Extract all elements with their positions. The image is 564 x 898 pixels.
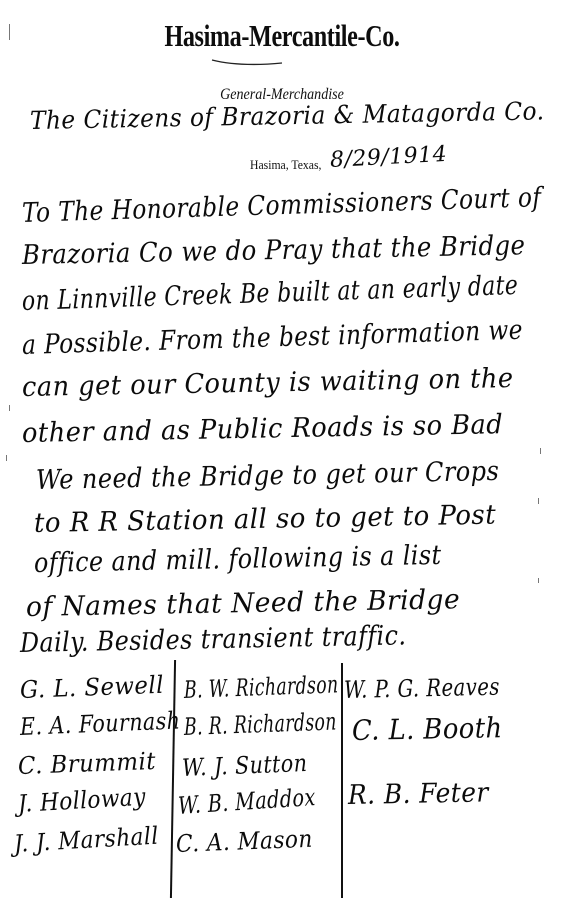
petition-body-line: Daily. Besides transient traffic. <box>20 620 407 659</box>
petition-body-line: a Possible. From the best information we <box>22 315 524 361</box>
signature-column-divider <box>341 663 343 898</box>
petition-body-line: office and mill. following is a list <box>34 540 442 579</box>
signature: G. L. Sewell <box>20 671 165 704</box>
signature: W. J. Sutton <box>182 749 308 782</box>
signature: R. B. Feter <box>348 777 489 811</box>
scan-edge-mark <box>6 455 7 461</box>
signature: W. B. Maddox <box>177 783 316 820</box>
petition-body-line: Brazoria Co we do Pray that the Bridge <box>22 230 526 271</box>
signature: B. W. Richardson <box>184 670 339 704</box>
letterhead-company-name: Hasima-Mercantile-Co. <box>62 18 502 54</box>
scan-edge-mark <box>538 498 539 504</box>
signature-column-divider <box>170 660 176 898</box>
scan-edge-mark <box>538 578 539 583</box>
scan-edge-mark <box>540 448 541 454</box>
petition-body-line: to R R Station all so to get to Post <box>34 500 497 539</box>
petition-body-line: We need the Bridge to get our Crops <box>36 456 500 496</box>
petition-body-line: of Names that Need the Bridge <box>26 584 461 623</box>
petition-date: 8/29/1914 <box>329 142 447 173</box>
signature: W. P. G. Reaves <box>344 673 500 704</box>
scan-edge-mark <box>9 24 10 40</box>
scan-edge-mark <box>9 405 10 411</box>
scanned-petition-page: Hasima-Mercantile-Co. General-Merchandis… <box>0 0 564 898</box>
petition-body-line: other and as Public Roads is so Bad <box>22 409 504 449</box>
signature: J. J. Marshall <box>13 822 159 858</box>
signature: E. A. Fournash <box>20 706 181 740</box>
petition-body-line: on Linnville Creek Be built at an early … <box>22 270 519 317</box>
petition-body-line: To The Honorable Commissioners Court of <box>22 182 542 229</box>
signature: J. Holloway <box>17 783 146 818</box>
signature: B. R. Richardson <box>184 707 337 741</box>
signature: C. Brummit <box>18 747 157 780</box>
letterhead-place: Hasima, Texas, <box>250 157 321 173</box>
signature: C. L. Booth <box>352 711 503 747</box>
title-flourish-decoration <box>210 58 285 66</box>
signature: C. A. Mason <box>176 825 314 858</box>
petition-body-line: can get our County is waiting on the <box>22 363 514 403</box>
